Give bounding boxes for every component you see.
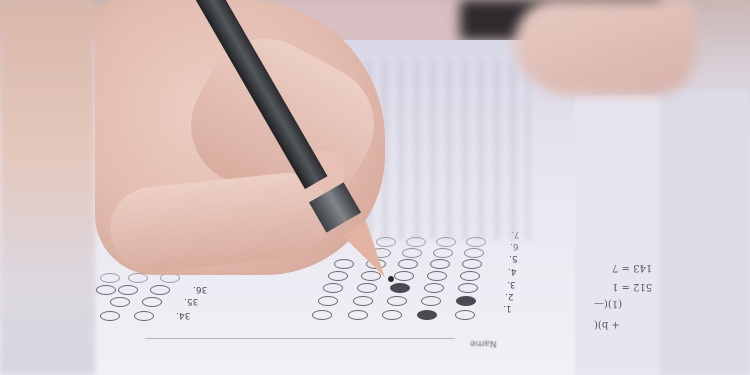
question-number: 4. — [508, 266, 517, 276]
question-number: 3. — [507, 279, 516, 289]
bubble[interactable] — [460, 271, 480, 281]
bubble[interactable] — [382, 310, 402, 320]
bubble[interactable] — [402, 248, 422, 258]
equation: 512 = 1 — [612, 281, 652, 292]
bubble[interactable] — [436, 237, 456, 247]
bubble[interactable] — [357, 283, 377, 293]
bubble[interactable] — [458, 283, 478, 293]
question-number: 1. — [503, 303, 512, 313]
bubble[interactable] — [466, 237, 486, 247]
bubble[interactable] — [348, 310, 368, 320]
bubble[interactable] — [110, 297, 130, 307]
bubble-filled[interactable] — [456, 296, 476, 306]
bubble[interactable] — [328, 271, 348, 281]
bubble-filled[interactable] — [417, 310, 437, 320]
bubble[interactable] — [424, 283, 444, 293]
bubble[interactable] — [406, 237, 426, 247]
question-number: 34. — [176, 310, 190, 320]
bubble[interactable] — [134, 311, 154, 321]
equation: + b)( — [594, 319, 620, 330]
bubble[interactable] — [455, 310, 475, 320]
bubble[interactable] — [464, 248, 484, 258]
question-number: 2. — [505, 291, 514, 301]
bubble[interactable] — [433, 248, 453, 258]
bubble[interactable] — [96, 285, 116, 295]
bubble[interactable] — [128, 273, 148, 283]
name-line — [145, 338, 455, 339]
bubble[interactable] — [312, 310, 332, 320]
bubble[interactable] — [353, 296, 373, 306]
bubble[interactable] — [430, 259, 450, 269]
bubble[interactable] — [150, 285, 170, 295]
equation: (1)(— — [594, 298, 622, 309]
photo-scene: 1. 2. 3. 4. 5. 6. 7. 34. 35. 36. Name 14… — [0, 0, 750, 375]
question-number: 36. — [193, 284, 207, 294]
bubble[interactable] — [462, 259, 482, 269]
bubble[interactable] — [100, 311, 120, 321]
bubble[interactable] — [421, 296, 441, 306]
pencil-lead — [388, 276, 394, 282]
bubble[interactable] — [398, 259, 418, 269]
question-number: 6. — [510, 241, 519, 251]
bubble[interactable] — [323, 283, 343, 293]
equation: 143 = 7 — [612, 262, 652, 273]
bubble[interactable] — [394, 271, 414, 281]
bubble[interactable] — [100, 273, 120, 283]
question-number: 35. — [184, 296, 198, 306]
bubble[interactable] — [334, 259, 354, 269]
bubble[interactable] — [118, 285, 138, 295]
bubble[interactable] — [387, 296, 407, 306]
bubble[interactable] — [427, 271, 447, 281]
question-number: 7. — [511, 229, 520, 239]
question-number: 5. — [509, 253, 518, 263]
name-label: Name — [470, 338, 497, 348]
bubble-filled[interactable] — [390, 283, 410, 293]
bubble[interactable] — [142, 297, 162, 307]
bubble[interactable] — [318, 296, 338, 306]
